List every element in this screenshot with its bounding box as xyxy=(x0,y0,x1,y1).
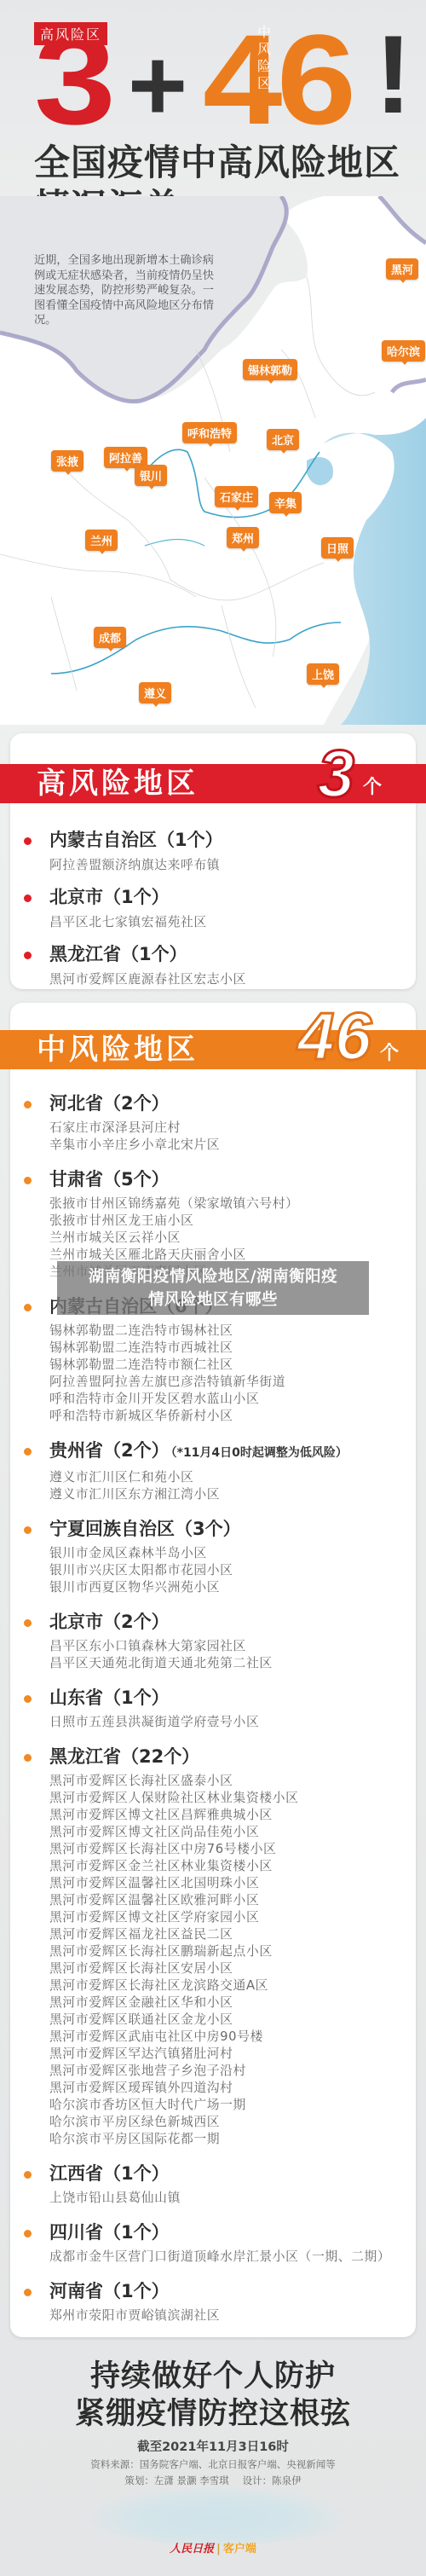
province-heading: 河南省（1个） xyxy=(49,2278,416,2304)
map-label-harbin: 哈尔滨 xyxy=(382,340,425,362)
bullet-dot-icon xyxy=(24,1177,32,1184)
area-item: 黑河市爱辉区温馨社区北国明珠小区 xyxy=(49,1875,416,1892)
mid-risk-unit: 个 xyxy=(380,1039,399,1065)
area-item: 张掖市甘州区龙王庙小区 xyxy=(49,1213,416,1230)
mid-risk-group: 四川省（1个）成都市金牛区营门口街道顶峰水岸汇景小区（一期、二期） xyxy=(10,2220,416,2266)
bullet-dot-icon xyxy=(24,1526,32,1534)
area-item: 黑河市爱辉区长海社区安居小区 xyxy=(49,1960,416,1977)
high-risk-unit: 个 xyxy=(363,773,382,799)
map-label-zhangye: 张掖 xyxy=(51,450,83,472)
area-item: 黑河市爱辉区长海社区中房76号楼小区 xyxy=(49,1841,416,1858)
province-heading: 北京市（2个） xyxy=(49,1609,416,1635)
province-heading: 黑龙江省（1个） xyxy=(49,941,416,967)
mid-risk-group: 河北省（2个）石家庄市深泽县河庄村辛集市小辛庄乡小章北宋片区 xyxy=(10,1091,416,1154)
map-label-rizhao: 日照 xyxy=(321,537,354,559)
bullet-dot-icon xyxy=(24,2171,32,2179)
area-item: 兰州市城关区云祥小区 xyxy=(49,1230,416,1247)
area-item: 黑河市爱辉区联通社区金龙小区 xyxy=(49,2012,416,2029)
map-label-xilinguole: 锡林郭勒 xyxy=(243,359,297,380)
mid-risk-group: 北京市（2个）昌平区东小口镇森林大第家园社区昌平区天通苑北街道天通北苑第二社区 xyxy=(10,1609,416,1672)
as-of-date: 截至2021年11月3日16时 xyxy=(0,2437,426,2455)
province-heading: 北京市（1个） xyxy=(49,884,416,910)
bullet-dot-icon xyxy=(24,1448,32,1456)
province-name: 黑龙江省（22个） xyxy=(49,1746,199,1767)
high-risk-tag: 高风险区 xyxy=(34,22,107,45)
bullet-dot-icon xyxy=(24,2289,32,2296)
plus-sign: + xyxy=(128,34,187,136)
province-name: 贵州省（2个） xyxy=(49,1440,170,1461)
overlay-caption: 湖南衡阳疫情风险地区/湖南衡阳疫 情风险地区有哪些 xyxy=(57,1261,369,1315)
overlay-caption-line1: 湖南衡阳疫情风险地区/湖南衡阳疫 xyxy=(57,1265,369,1288)
high-risk-card: 高风险地区 3 个 内蒙古自治区（1个） 阿拉善盟额济纳旗达来呼布镇 北京市（1… xyxy=(10,733,416,989)
province-heading: 宁夏回族自治区（3个） xyxy=(49,1516,416,1542)
area-item: 石家庄市深泽县河庄村 xyxy=(49,1120,416,1137)
slogan-line1: 持续做好个人防护 xyxy=(0,2358,426,2395)
high-risk-count: 3 xyxy=(318,740,354,807)
map-label-lanzhou: 兰州 xyxy=(85,530,118,551)
area-item: 成都市金牛区营门口街道顶峰水岸汇景小区（一期、二期） xyxy=(49,2249,416,2266)
province-heading: 内蒙古自治区（1个） xyxy=(49,827,416,853)
map-label-zunyi: 遵义 xyxy=(139,682,171,703)
bullet-dot-icon xyxy=(24,2230,32,2237)
area-item: 黑河市爱辉区博文社区昌辉雅典城小区 xyxy=(49,1807,416,1824)
map-label-shangrao: 上饶 xyxy=(307,663,339,685)
area-item: 黑河市爱辉区金兰社区林业集资楼小区 xyxy=(49,1858,416,1875)
bullet-dot-icon xyxy=(24,837,32,845)
page-title-line1: 全国疫情中高风险地区 xyxy=(34,141,400,185)
area-item: 锡林郭勒盟二连浩特市西城社区 xyxy=(49,1340,416,1357)
overlay-caption-line2: 情风险地区有哪些 xyxy=(57,1288,369,1311)
publisher-logo: 人民日报|客户端 xyxy=(0,2539,426,2556)
area-item: 黑河市爱辉区博文社区尚品佳苑小区 xyxy=(49,1824,416,1841)
area-item: 上饶市铅山县葛仙山镇 xyxy=(49,2190,416,2207)
slogan: 持续做好个人防护 紧绷疫情防控这根弦 xyxy=(0,2358,426,2433)
area-item: 银川市兴庆区太阳都市花园小区 xyxy=(49,1562,416,1579)
high-risk-group: 黑龙江省（1个） 黑河市爱辉区鹿源春社区宏志小区 xyxy=(10,941,416,989)
map-label-beijing: 北京 xyxy=(267,429,299,450)
face-mask-illustration xyxy=(85,2486,349,2545)
map-label-xinji: 辛集 xyxy=(269,492,302,513)
area-item: 银川市金凤区森林半岛小区 xyxy=(49,1545,416,1562)
area-item: 张掖市甘州区锦绣嘉苑（梁家墩镇六号村） xyxy=(49,1195,416,1213)
high-risk-group: 内蒙古自治区（1个） 阿拉善盟额济纳旗达来呼布镇 xyxy=(10,827,416,875)
map-label-shijiazhuang: 石家庄 xyxy=(215,486,258,507)
area-item: 黑河市爱辉区博文社区学府家园小区 xyxy=(49,1909,416,1926)
map-label-zhengzhou: 郑州 xyxy=(227,527,259,548)
slogan-line2: 紧绷疫情防控这根弦 xyxy=(0,2395,426,2433)
area-item: 黑河市爱辉区武庙屯社区中房90号楼 xyxy=(49,2029,416,2046)
area-item: 黑河市爱辉区鹿源春社区宏志小区 xyxy=(49,970,416,989)
area-item: 哈尔滨市平房区绿色新城西区 xyxy=(49,2114,416,2131)
design-credit: 设计：陈泉伊 xyxy=(243,2475,302,2486)
area-item: 郑州市荥阳市贾峪镇滨湖社区 xyxy=(49,2307,416,2324)
area-item: 黑河市爱辉区人保财险社区林业集资楼小区 xyxy=(49,1790,416,1807)
area-item: 阿拉善盟阿拉善左旗巴彦浩特镇新华街道 xyxy=(49,1374,416,1391)
bullet-dot-icon xyxy=(24,952,32,959)
area-item: 锡林郭勒盟二连浩特市额仁社区 xyxy=(49,1357,416,1374)
map-label-heihe: 黑河 xyxy=(386,258,418,280)
province-name: 河北省（2个） xyxy=(49,1093,170,1114)
area-item: 遵义市汇川区东方湘江湾小区 xyxy=(49,1486,416,1503)
province-name: 江西省（1个） xyxy=(49,2163,170,2184)
planning-credit: 策划：左潇 景灏 李雪琪 xyxy=(124,2475,228,2486)
bullet-dot-icon xyxy=(24,894,32,902)
province-name: 宁夏回族自治区（3个） xyxy=(49,1519,241,1539)
area-item: 黑河市爱辉区长海社区鹏瑞新起点小区 xyxy=(49,1943,416,1960)
area-item: 黑河市爱辉区罕达汽镇猪肚河村 xyxy=(49,2046,416,2063)
province-heading: 贵州省（2个）（*11月4日0时起调整为低风险） xyxy=(49,1438,416,1466)
mid-risk-group: 贵州省（2个）（*11月4日0时起调整为低风险）遵义市汇川区仁和苑小区遵义市汇川… xyxy=(10,1438,416,1503)
area-item: 昌平区天通苑北街道天通北苑第二社区 xyxy=(49,1655,416,1672)
area-item: 昌平区东小口镇森林大第家园社区 xyxy=(49,1638,416,1655)
exclamation-mark: ! xyxy=(375,19,412,130)
high-risk-group: 北京市（1个） 昌平区北七家镇宏福苑社区 xyxy=(10,884,416,932)
province-heading: 江西省（1个） xyxy=(49,2161,416,2186)
map-label-yinchuan: 银川 xyxy=(135,465,167,486)
high-risk-list: 内蒙古自治区（1个） 阿拉善盟额济纳旗达来呼布镇 北京市（1个） 昌平区北七家镇… xyxy=(10,827,416,999)
area-item: 呼和浩特市新城区华侨新村小区 xyxy=(49,1408,416,1425)
province-heading: 黑龙江省（22个） xyxy=(49,1744,416,1769)
area-item: 黑河市爱辉区张地营子乡泡子沿村 xyxy=(49,2063,416,2080)
mid-risk-count: 46 xyxy=(297,1003,371,1069)
area-item: 黑河市爱辉区金融社区华和小区 xyxy=(49,1994,416,2012)
bullet-dot-icon xyxy=(24,1304,32,1311)
province-name: 山东省（1个） xyxy=(49,1687,170,1708)
province-heading: 河北省（2个） xyxy=(49,1091,416,1116)
area-item: 哈尔滨市平房区国际花都一期 xyxy=(49,2131,416,2148)
mid-risk-group: 河南省（1个）郑州市荥阳市贾峪镇滨湖社区 xyxy=(10,2278,416,2324)
mid-risk-card: 中风险地区 46 个 河北省（2个）石家庄市深泽县河庄村辛集市小辛庄乡小章北宋片… xyxy=(10,1003,416,2337)
area-item: 锡林郭勒盟二连浩特市锡林社区 xyxy=(49,1323,416,1340)
mid-risk-group: 黑龙江省（22个）黑河市爱辉区长海社区盛泰小区黑河市爱辉区人保财险社区林业集资楼… xyxy=(10,1744,416,2148)
province-heading: 四川省（1个） xyxy=(49,2220,416,2245)
province-heading: 甘肃省（5个） xyxy=(49,1166,416,1192)
area-item: 黑河市爱辉区长海社区龙滨路交通A区 xyxy=(49,1977,416,1994)
bullet-dot-icon xyxy=(24,1695,32,1703)
mid-risk-group: 山东省（1个）日照市五莲县洪凝街道学府壹号小区 xyxy=(10,1685,416,1731)
logo-app: 客户端 xyxy=(223,2543,256,2556)
area-item: 黑河市爱辉区长海社区盛泰小区 xyxy=(49,1773,416,1790)
logo-separator: | xyxy=(216,2543,221,2556)
area-item: 阿拉善盟额济纳旗达来呼布镇 xyxy=(49,856,416,875)
province-name: 北京市（2个） xyxy=(49,1612,170,1632)
mid-risk-tag: 中风险区 xyxy=(256,24,273,92)
bullet-dot-icon xyxy=(24,1101,32,1109)
map-label-chengdu: 成都 xyxy=(94,627,126,648)
province-note: （*11月4日0时起调整为低风险） xyxy=(171,1446,348,1460)
province-heading: 山东省（1个） xyxy=(49,1685,416,1711)
area-item: 哈尔滨市香坊区恒大时代广场一期 xyxy=(49,2097,416,2114)
area-item: 遵义市汇川区仁和苑小区 xyxy=(49,1469,416,1486)
area-item: 昌平区北七家镇宏福苑社区 xyxy=(49,913,416,932)
province-name: 河南省（1个） xyxy=(49,2281,170,2301)
area-item: 辛集市小辛庄乡小章北宋片区 xyxy=(49,1137,416,1154)
province-name: 四川省（1个） xyxy=(49,2222,170,2243)
logo-brand: 人民日报 xyxy=(170,2543,214,2556)
area-item: 日照市五莲县洪凝街道学府壹号小区 xyxy=(49,1714,416,1731)
area-item: 黑河市爱辉区瑷珲镇外四道沟村 xyxy=(49,2080,416,2097)
area-item: 黑河市爱辉区福龙社区益民二区 xyxy=(49,1926,416,1943)
mid-risk-group: 宁夏回族自治区（3个）银川市金凤区森林半岛小区银川市兴庆区太阳都市花园小区银川市… xyxy=(10,1516,416,1596)
data-source: 资料来源：国务院客户端、北京日报客户端、央视新闻等 xyxy=(0,2457,426,2471)
province-name: 甘肃省（5个） xyxy=(49,1169,170,1190)
area-item: 黑河市爱辉区温馨社区欧雅河畔小区 xyxy=(49,1892,416,1909)
map-label-hohhot: 呼和浩特 xyxy=(182,422,237,443)
area-item: 银川市西夏区物华兴洲苑小区 xyxy=(49,1579,416,1596)
mid-risk-group: 江西省（1个）上饶市铅山县葛仙山镇 xyxy=(10,2161,416,2207)
bullet-dot-icon xyxy=(24,1619,32,1627)
bullet-dot-icon xyxy=(24,1754,32,1762)
mid-risk-count-hero: 46 xyxy=(203,15,350,143)
intro-paragraph: 近期，全国多地出现新增本土确诊病例或无症状感染者，当前疫情仍呈快速发展态势，防控… xyxy=(34,253,215,328)
area-item: 呼和浩特市金川开发区碧水蓝山小区 xyxy=(49,1391,416,1408)
